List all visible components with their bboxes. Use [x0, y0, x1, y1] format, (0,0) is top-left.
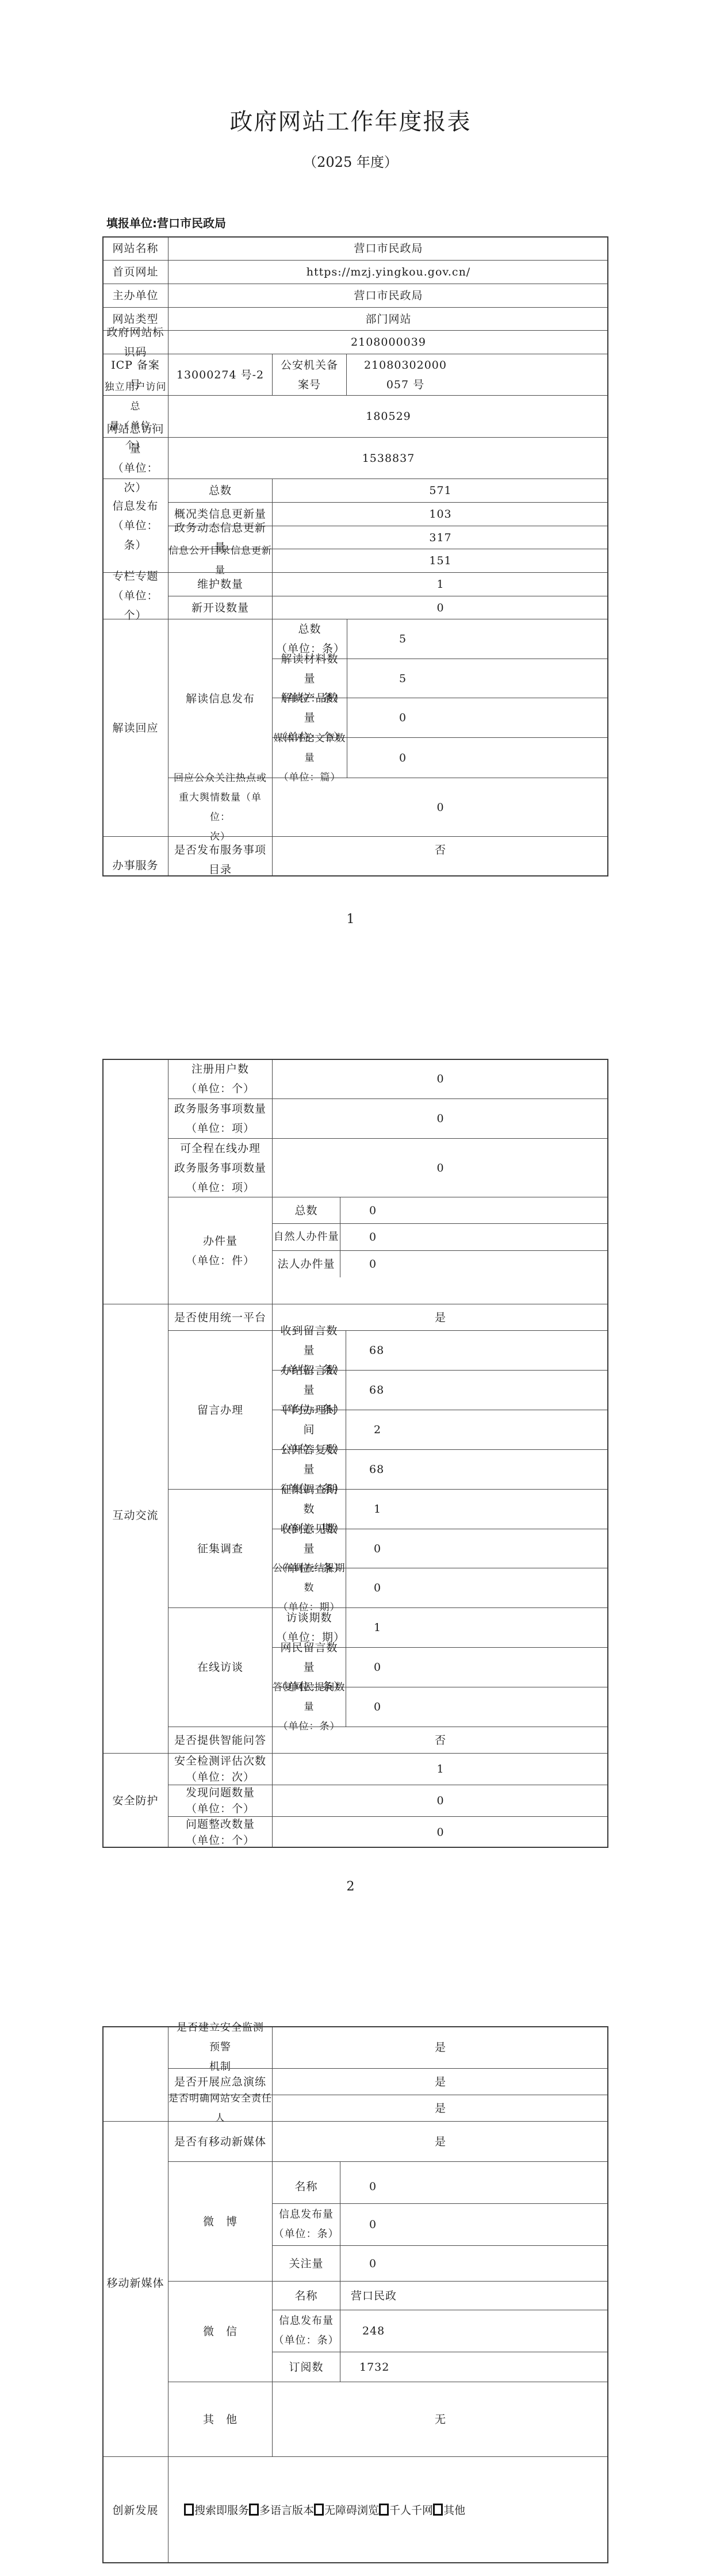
service-items-value: 0	[272, 1098, 608, 1138]
security-officer-label: 是否明确网站安全责任人	[168, 2095, 272, 2121]
checkbox-search-service[interactable]	[184, 2504, 194, 2516]
survey-label: 征集调查	[168, 1489, 272, 1607]
interview-periods-value: 1	[346, 1607, 608, 1647]
weibo-name-label: 名称	[272, 2161, 340, 2203]
cases-filler	[272, 1277, 608, 1304]
weibo-followers-label: 关注量	[272, 2245, 340, 2281]
natural-person-cases-label: 自然人办件量	[272, 1223, 340, 1250]
has-new-media-value: 是	[272, 2121, 608, 2161]
wechat-label: 微 信	[168, 2281, 272, 2382]
option-other: 其他	[443, 2504, 465, 2517]
info-release-total-value: 571	[272, 479, 608, 502]
option-personalized: 千人千网	[389, 2504, 433, 2517]
monitoring-mechanism-value: 是	[272, 2026, 608, 2068]
wechat-name-value: 营口民政	[340, 2281, 608, 2310]
avg-handling-time-value: 2	[346, 1410, 608, 1449]
report-title: 政府网站工作年度报表	[0, 104, 701, 136]
cases-label: 办件量 （单位：件）	[168, 1197, 272, 1304]
option-accessibility: 无障碍浏览	[324, 2504, 379, 2517]
security-tests-value: 1	[272, 1753, 608, 1785]
total-visits-value: 1538837	[168, 437, 608, 479]
security-section-label: 安全防护	[102, 1753, 168, 1848]
interaction-section-label: 互动交流	[102, 1304, 168, 1727]
columns-new-value: 0	[272, 596, 608, 619]
messages-received-value: 68	[346, 1330, 608, 1370]
columns-label: 专栏专题 （单位：个）	[102, 572, 168, 619]
interp-products-value: 0	[347, 698, 608, 737]
wechat-subscribers-label: 订阅数	[272, 2352, 340, 2382]
issues-found-label: 发现问题数量 （单位：个）	[168, 1785, 272, 1816]
interpretation-publish-label: 解读信息发布	[168, 619, 272, 778]
interaction-section-cont	[102, 1727, 168, 1753]
security-tests-label: 安全检测评估次数 （单位：次）	[168, 1753, 272, 1785]
checkbox-other[interactable]	[433, 2504, 443, 2516]
registered-users-value: 0	[272, 1059, 608, 1098]
filing-unit: 填报单位:营口市民政局	[106, 214, 226, 231]
icp-value: 13000274 号-2	[168, 354, 272, 395]
info-release-total-label: 总数	[168, 479, 272, 502]
security-officer-value: 是	[272, 2095, 608, 2121]
columns-new-label: 新开设数量	[168, 596, 272, 619]
monitoring-mechanism-label: 是否建立安全监测预警 机制	[168, 2026, 272, 2068]
legal-person-cases-label: 法人办件量	[272, 1250, 340, 1277]
unified-platform-label: 是否使用统一平台	[168, 1304, 272, 1330]
issues-fixed-label: 问题整改数量 （单位：个）	[168, 1816, 272, 1848]
disclosure-updates-label: 信息公开目录信息更新量	[168, 549, 272, 572]
report-table-page-3: 是否建立安全监测预警 机制 是 是否开展应急演练 是 是否明确网站安全责任人 是…	[102, 2026, 608, 2563]
homepage-url[interactable]: https://mzj.yingkou.gov.cn/	[168, 260, 608, 284]
innovation-section-label: 创新发展	[102, 2456, 168, 2563]
service-items-label: 政务服务事项数量 （单位：项）	[168, 1098, 272, 1138]
unique-visitors-value: 180529	[168, 395, 608, 437]
site-code-value: 2108000039	[168, 330, 608, 354]
site-name-label: 网站名称	[102, 236, 168, 260]
police-record-label: 公安机关备案号	[272, 354, 346, 395]
security-section-cont	[102, 2026, 168, 2121]
service-section-cont	[102, 1059, 168, 1304]
columns-maintained-label: 维护数量	[168, 572, 272, 596]
weibo-posts-label: 信息发布量 （单位：条）	[272, 2203, 340, 2245]
site-type-value: 部门网站	[168, 307, 608, 330]
wechat-subscribers-value: 1732	[340, 2352, 608, 2382]
wechat-name-label: 名称	[272, 2281, 340, 2310]
online-items-value: 0	[272, 1138, 608, 1197]
site-code-label: 政府网站标识码	[102, 330, 168, 354]
weibo-posts-value: 0	[340, 2203, 608, 2245]
info-release-label: 信息发布 （单位：条）	[102, 479, 168, 572]
issues-fixed-value: 0	[272, 1816, 608, 1848]
registered-users-label: 注册用户数 （单位：个）	[168, 1059, 272, 1098]
interp-materials-value: 5	[347, 659, 608, 698]
report-year: （2025 年度）	[0, 151, 701, 171]
issues-found-value: 0	[272, 1785, 608, 1816]
total-visits-label: 网站总访问量 （单位：次）	[102, 437, 168, 479]
service-catalog-value: 否	[272, 836, 608, 876]
checkbox-accessibility[interactable]	[314, 2504, 324, 2516]
survey-results-value: 0	[346, 1568, 608, 1607]
netizen-replies-label: 答复网民提问数量 （单位：条）	[272, 1687, 346, 1727]
netizen-replies-value: 0	[346, 1687, 608, 1727]
has-new-media-label: 是否有移动新媒体	[168, 2121, 272, 2161]
service-section-label: 办事服务	[102, 836, 168, 876]
homepage-label: 首页网址	[102, 260, 168, 284]
disclosure-updates-value: 151	[272, 549, 608, 572]
checkbox-personalized[interactable]	[379, 2504, 389, 2516]
weibo-followers-value: 0	[340, 2245, 608, 2281]
interpretation-label: 解读回应	[102, 619, 168, 836]
weibo-name-value: 0	[340, 2161, 608, 2203]
innovation-options: 搜索即服务多语言版本无障碍浏览千人千网其他	[168, 2456, 608, 2563]
report-table-page-2: 注册用户数 （单位：个） 0 政务服务事项数量 （单位：项） 0 可全程在线办理…	[102, 1059, 608, 1848]
hotspot-response-value: 0	[272, 778, 608, 836]
option-multilingual: 多语言版本	[259, 2504, 314, 2517]
other-media-value: 无	[272, 2382, 608, 2456]
netizen-messages-value: 0	[346, 1647, 608, 1687]
interview-label: 在线访谈	[168, 1607, 272, 1727]
smart-qa-label: 是否提供智能问答	[168, 1727, 272, 1753]
weibo-label: 微 博	[168, 2161, 272, 2281]
cases-total-value: 0	[340, 1197, 608, 1223]
smart-qa-value: 否	[272, 1727, 608, 1753]
cases-total-label: 总数	[272, 1197, 340, 1223]
messages-closed-value: 68	[346, 1370, 608, 1410]
messages-label: 留言办理	[168, 1330, 272, 1489]
page-number-2: 2	[0, 1880, 701, 1894]
media-articles-label: 媒体评论文章数量 （单位：篇）	[272, 737, 347, 778]
new-media-section-label: 移动新媒体	[102, 2121, 168, 2445]
other-media-label: 其 他	[168, 2382, 272, 2456]
public-replies-value: 68	[346, 1449, 608, 1489]
survey-periods-value: 1	[346, 1489, 608, 1529]
columns-maintained-value: 1	[272, 572, 608, 596]
online-items-label: 可全程在线办理 政务服务事项数量 （单位：项）	[168, 1138, 272, 1197]
sponsor-label: 主办单位	[102, 284, 168, 307]
opinions-received-value: 0	[346, 1529, 608, 1568]
checkbox-multilingual[interactable]	[249, 2504, 259, 2516]
overview-updates-value: 103	[272, 502, 608, 526]
interp-total-value: 5	[347, 619, 608, 659]
police-record-value: 21080302000 057 号	[346, 354, 608, 395]
sponsor-value: 营口市民政局	[168, 284, 608, 307]
site-name-value: 营口市民政局	[168, 236, 608, 260]
report-table-page-1: 网站名称 营口市民政局 首页网址 https://mzj.yingkou.gov…	[102, 236, 608, 876]
service-catalog-label: 是否发布服务事项目录	[168, 836, 272, 876]
wechat-posts-label: 信息发布量 （单位：条）	[272, 2310, 340, 2352]
hotspot-response-label: 回应公众关注热点或 重大舆情数量（单位： 次）	[168, 778, 272, 836]
wechat-posts-value: 248	[340, 2310, 608, 2352]
option-search-service: 搜索即服务	[194, 2504, 249, 2517]
natural-person-cases-value: 0	[340, 1223, 608, 1250]
legal-person-cases-value: 0	[340, 1250, 608, 1277]
survey-results-label: 公布调查结果期数 （单位：期）	[272, 1568, 346, 1607]
page-number-1: 1	[0, 912, 701, 927]
emergency-drill-value: 是	[272, 2068, 608, 2095]
affairs-updates-value: 317	[272, 526, 608, 549]
media-articles-value: 0	[347, 737, 608, 778]
